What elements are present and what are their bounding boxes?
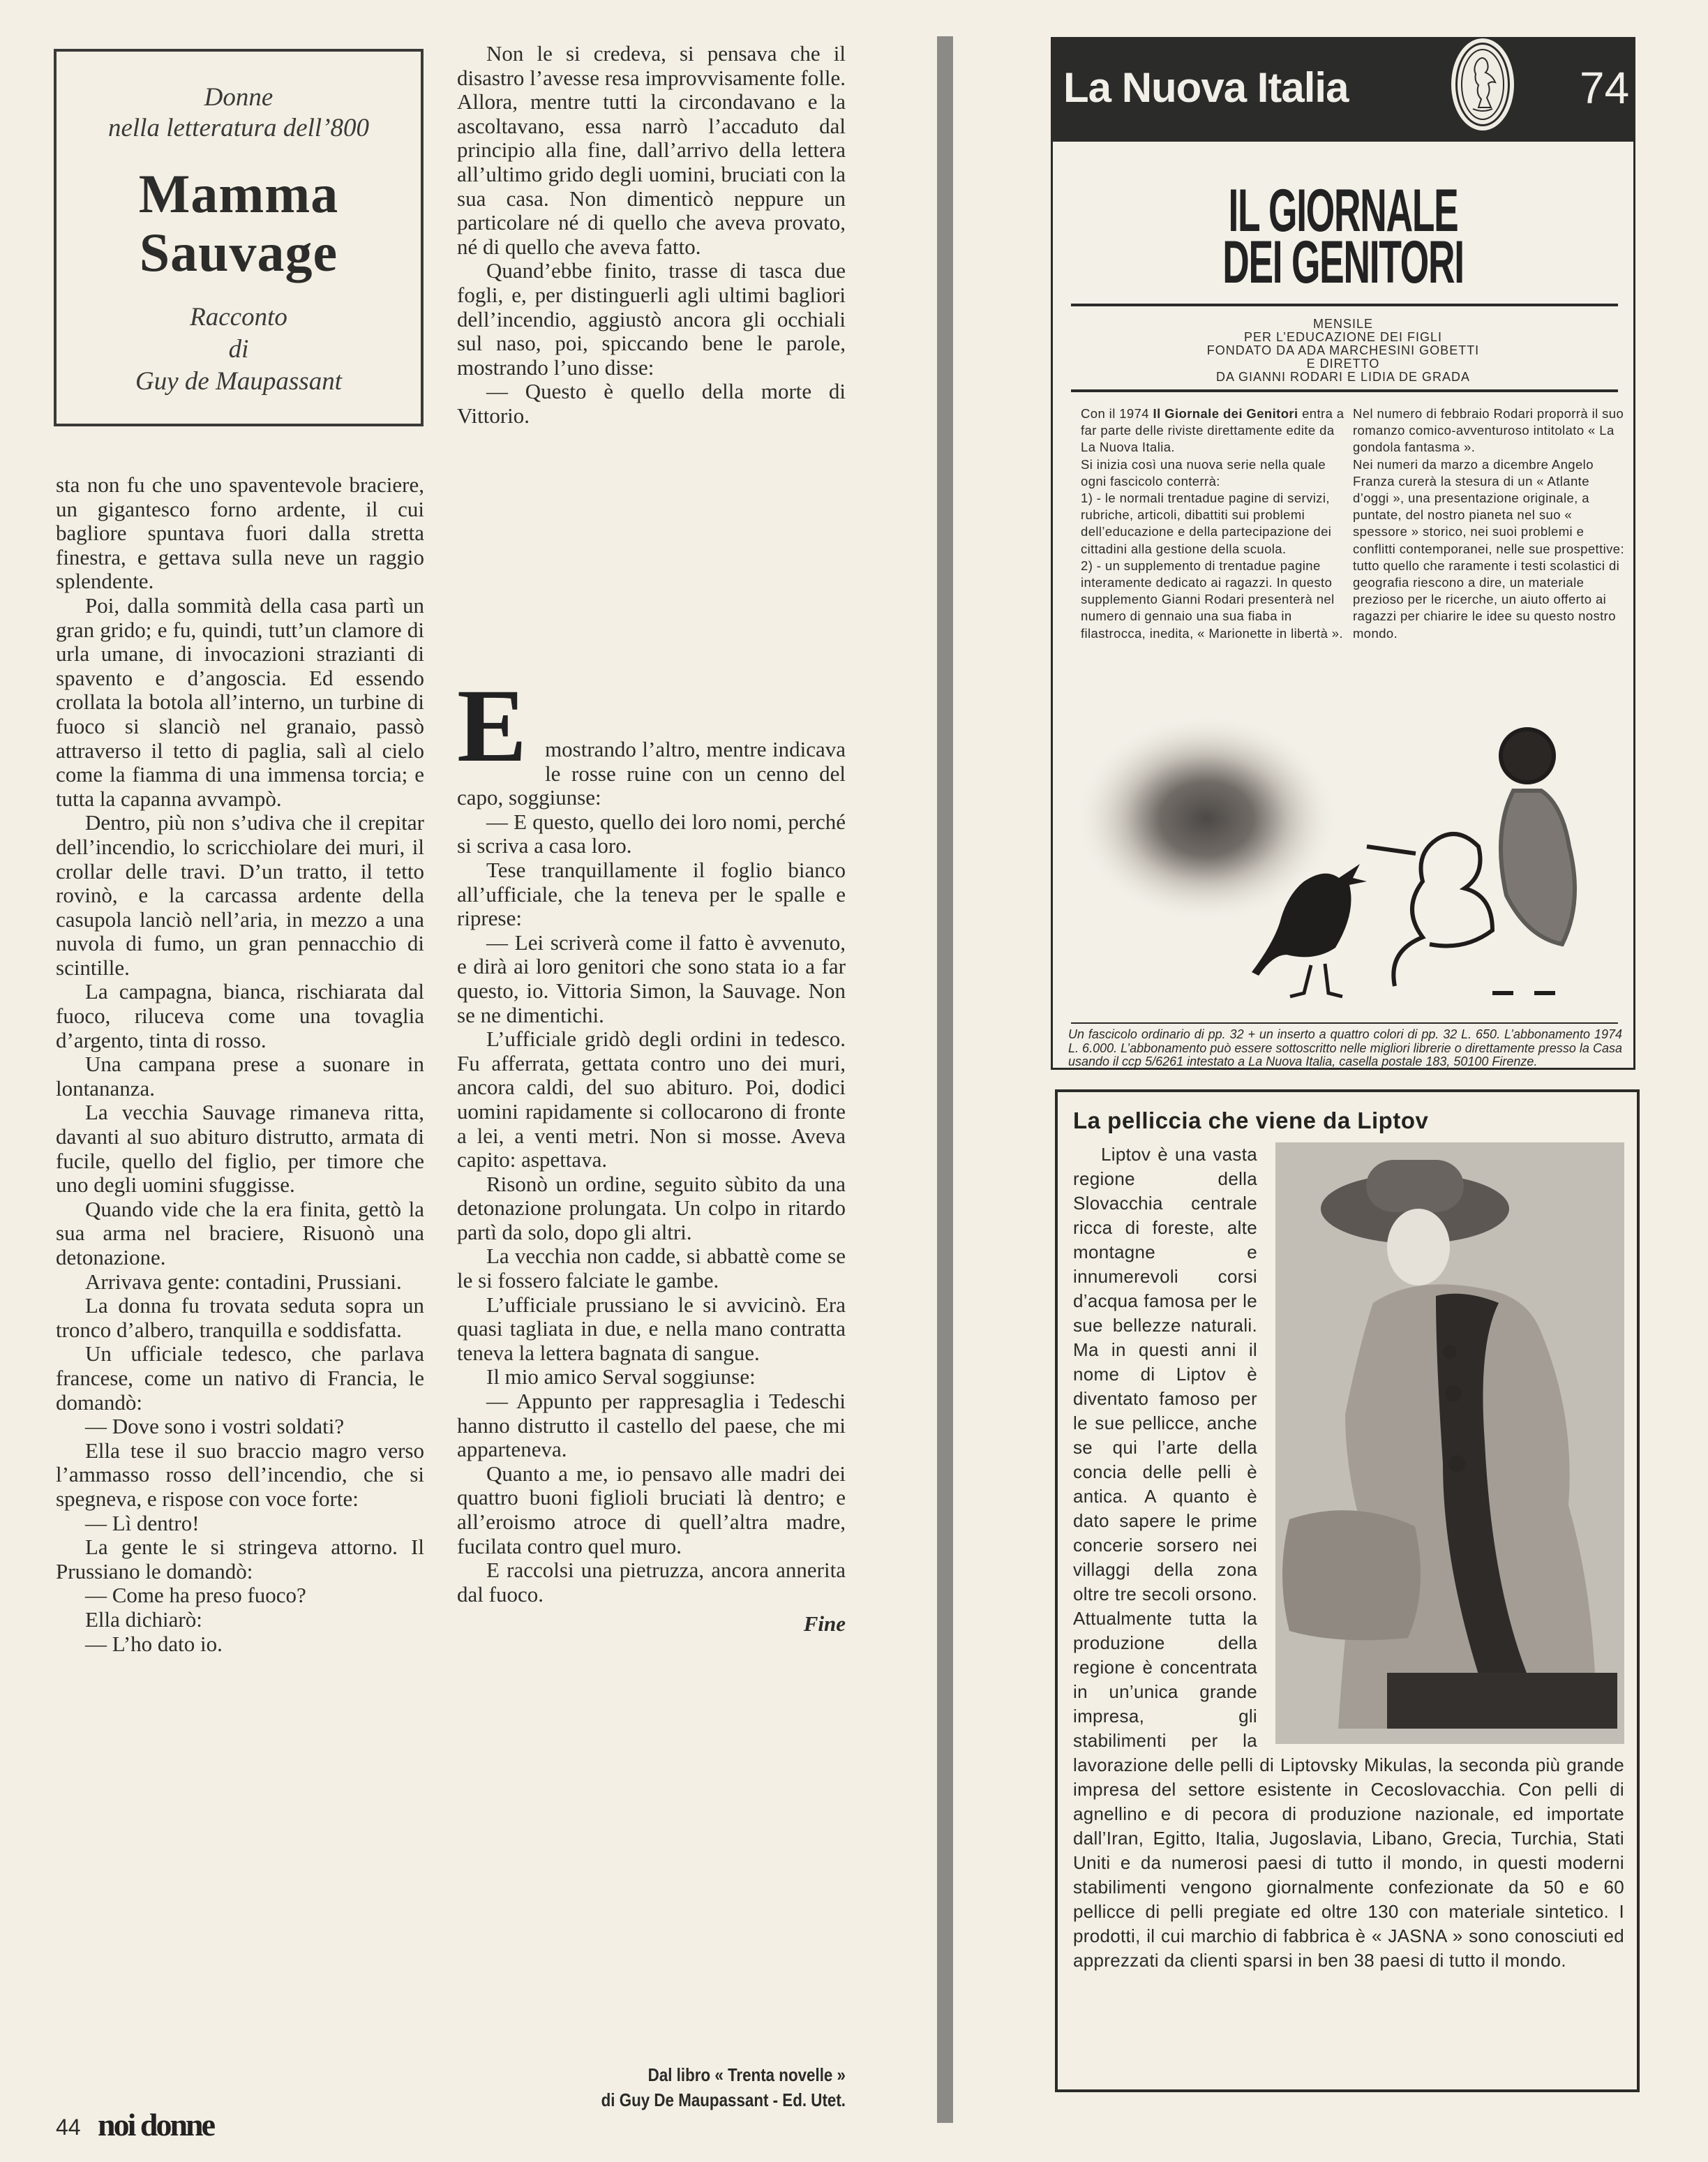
story-paragraph: Ella tese il suo braccio magro verso l’a…: [56, 1439, 424, 1512]
ad-rule-top: [1071, 304, 1618, 306]
ad-paragraph: Nei numeri da marzo a dicembre Angelo Fr…: [1353, 456, 1625, 642]
ad-header-bar: La Nuova Italia 74: [1051, 37, 1635, 142]
story-paragraph: — Lei scriverà come il fatto è avvenuto,…: [457, 931, 846, 1027]
byline-author: Guy de Maupassant: [57, 366, 421, 398]
story-paragraph: sta non fu che uno spaventevole braciere…: [56, 473, 424, 594]
journal-info: MENSILE PER L’EDUCAZIONE DEI FIGLI FONDA…: [1053, 318, 1633, 384]
story-paragraph: Risonò un ordine, seguito sùbito da una …: [457, 1172, 846, 1245]
story-paragraph: La campagna, bianca, rischiarata dal fuo…: [56, 980, 424, 1052]
story-paragraph: Quando vide che la era finita, gettò la …: [56, 1198, 424, 1270]
story-paragraph: — Lì dentro!: [56, 1512, 424, 1536]
story-column-2-bottom: E mostrando l’altro, mentre indicava le …: [457, 687, 846, 1637]
source-line: Dal libro « Trenta novelle »: [574, 2062, 846, 2087]
ad-paragraph: Nel numero di febbraio Rodari proporrà i…: [1353, 405, 1625, 456]
ad-text-left: Con il 1974 Il Giornale dei Genitori ent…: [1081, 405, 1353, 642]
story-paragraph: — L’ho dato io.: [56, 1632, 424, 1657]
story-paragraph: Un ufficiale tedesco, che parlava france…: [56, 1342, 424, 1415]
end-mark: Fine: [457, 1612, 846, 1637]
info-line: E DIRETTO: [1053, 357, 1633, 371]
story-paragraph: La vecchia Sauvage rimaneva ritta, davan…: [56, 1101, 424, 1197]
story-paragraph: Arrivava gente: contadini, Prussiani.: [56, 1270, 424, 1295]
story-paragraph: — Questo è quello della morte di Vittori…: [457, 380, 846, 428]
story-paragraph: L’ufficiale prussiano le si avvicinò. Er…: [457, 1293, 846, 1366]
ad-paragraph: Con il 1974 Il Giornale dei Genitori ent…: [1081, 405, 1353, 456]
story-paragraph: Ella dichiarò:: [56, 1608, 424, 1632]
story-paragraph: — Dove sono i vostri soldati?: [56, 1415, 424, 1439]
story-paragraph: — E questo, quello dei loro nomi, perché…: [457, 810, 846, 858]
article-title: La pelliccia che viene da Liptov: [1073, 1108, 1428, 1134]
info-line: PER L’EDUCAZIONE DEI FIGLI: [1053, 331, 1633, 344]
publisher-name: La Nuova Italia: [1063, 64, 1348, 112]
story-paragraph: Dentro, più non s’udiva che il crepitar …: [56, 811, 424, 980]
info-line: DA GIANNI RODARI E LIDIA DE GRADA: [1053, 371, 1633, 384]
story-paragraph: Una campana prese a suonare in lontananz…: [56, 1052, 424, 1101]
info-line: FONDATO DA ADA MARCHESINI GOBETTI: [1053, 344, 1633, 357]
story-paragraph: Poi, dalla sommità della casa partì un g…: [56, 594, 424, 811]
article-body: Liptov è una vasta regione della Slovacc…: [1073, 1142, 1624, 1973]
figures-drawing-icon: [1367, 729, 1575, 993]
story-paragraph: La donna fu trovata seduta sopra un tron…: [56, 1294, 424, 1342]
story-title-box: Donne nella letteratura dell’800 Mamma S…: [54, 49, 424, 426]
article-liptov-fur: La pelliccia che viene da Liptov: [1055, 1089, 1640, 2092]
series-line: Donne: [57, 82, 421, 113]
advertisement-giornale-dei-genitori: La Nuova Italia 74 IL GIORNALE DEI GENIT…: [1051, 37, 1635, 1070]
story-paragraph: — Appunto per rappresaglia i Tedeschi ha…: [457, 1389, 846, 1462]
story-paragraph: La vecchia non cadde, si abbattè come se…: [457, 1244, 846, 1292]
story-paragraph: Tese tranquillamente il foglio bianco al…: [457, 858, 846, 931]
ad-paragraph: 1) - le normali trentadue pagine di serv…: [1081, 490, 1353, 558]
children-drawing-illustration: [1074, 714, 1618, 1021]
byline-line: Racconto: [57, 301, 421, 334]
story-title: Mamma Sauvage: [57, 165, 421, 282]
column-divider: [937, 36, 953, 2123]
title-line: Sauvage: [57, 223, 421, 282]
magazine-logo: noi donne: [98, 2106, 213, 2143]
story-paragraph: E raccolsi una pietruzza, ancora annerit…: [457, 1558, 846, 1606]
issue-number: 74: [1580, 62, 1629, 114]
story-paragraph: Quand’ebbe finito, trasse di tasca due f…: [457, 259, 846, 380]
ad-paragraph: Si inizia così una nuova serie nella qua…: [1081, 456, 1353, 490]
source-credit: Dal libro « Trenta novelle » di Guy De M…: [574, 2062, 846, 2112]
story-column-1: sta non fu che uno spaventevole braciere…: [56, 473, 424, 1656]
story-byline: Racconto di Guy de Maupassant: [57, 301, 421, 398]
series-heading: Donne nella letteratura dell’800: [57, 82, 421, 144]
woman-in-fur-coat-photo: [1275, 1142, 1624, 1744]
story-column-2-top: Non le si credeva, si pensava che il dis…: [457, 42, 846, 428]
masthead-line: DEI GENITORI: [1163, 237, 1523, 288]
series-line: nella letteratura dell’800: [57, 113, 421, 144]
ad-paragraph: 2) - un supplemento di trentadue pagine …: [1081, 558, 1353, 642]
info-line: MENSILE: [1053, 318, 1633, 331]
ad-rule-caption: [1071, 1022, 1618, 1024]
page-number: 44: [56, 2115, 81, 2140]
subscription-caption: Un fascicolo ordinario di pp. 32 + un in…: [1068, 1028, 1622, 1069]
publisher-emblem-icon: [1455, 43, 1510, 126]
story-paragraph: — Come ha preso fuoco?: [56, 1583, 424, 1608]
story-paragraph: Il mio amico Serval soggiunse:: [457, 1365, 846, 1389]
ad-text-right: Nel numero di febbraio Rodari proporrà i…: [1353, 405, 1625, 642]
drop-cap: E: [457, 687, 527, 766]
journal-masthead: IL GIORNALE DEI GENITORI: [1163, 185, 1523, 288]
story-paragraph: Quanto a me, io pensavo alle madri dei q…: [457, 1462, 846, 1558]
story-column-2-paragraphs: mostrando l’altro, mentre indicava le ro…: [457, 687, 846, 1606]
story-paragraph: Non le si credeva, si pensava che il dis…: [457, 42, 846, 259]
story-paragraph: L’ufficiale gridò degli ordini in tedesc…: [457, 1027, 846, 1172]
byline-line: di: [57, 334, 421, 366]
source-line: di Guy De Maupassant - Ed. Utet.: [574, 2087, 846, 2112]
text-run: Con il 1974: [1081, 406, 1153, 421]
ad-rule-bottom: [1071, 389, 1618, 392]
title-line: Mamma: [57, 165, 421, 223]
journal-name-bold: Il Giornale dei Genitori: [1153, 406, 1298, 421]
ad-body: IL GIORNALE DEI GENITORI MENSILE PER L’E…: [1051, 142, 1635, 1070]
story-paragraph: La gente le si stringeva attorno. Il Pru…: [56, 1535, 424, 1583]
